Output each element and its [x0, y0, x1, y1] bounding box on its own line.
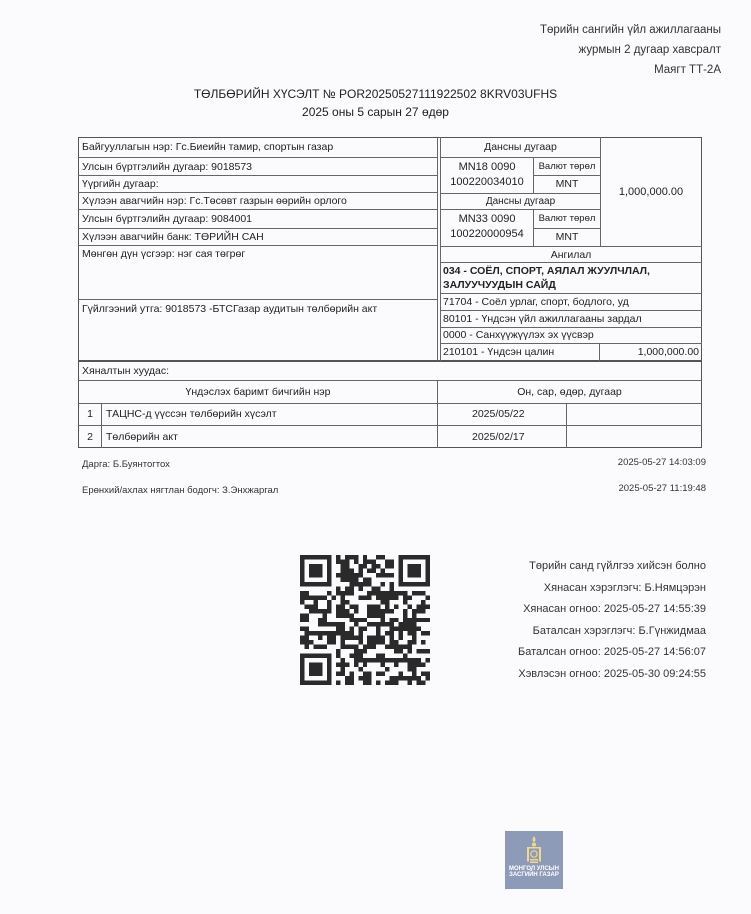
column-document-name: Үндэслэх баримт бичгийн нэр [79, 385, 437, 400]
head-signature-time: 2025-05-27 14:03:09 [618, 457, 706, 468]
title-date: 2025 оны 5 сарын 27 өдөр [0, 103, 751, 121]
control-sheet-label: Хяналтын хуудас: [82, 364, 169, 379]
payee-name: Хүлээн авагчийн нэр: Гс.Төсөвт газрын өө… [82, 194, 347, 209]
accountant-signature-time: 2025-05-27 11:19:48 [618, 483, 706, 494]
payer-role-no: Үүргийн дугаар: [82, 177, 159, 192]
payer-reg-no: Улсын бүртгэлийн дугаар: 9018573 [82, 160, 252, 175]
printed-date: Хэвлэсэн огноо: 2025-05-30 09:24:55 [518, 664, 706, 686]
reviewed-date: Хянасан огноо: 2025-05-27 14:55:39 [518, 599, 706, 621]
form-reference-line: журмын 2 дугаар хавсралт [540, 40, 721, 60]
qr-code [300, 555, 430, 685]
classification-ministry: 034 - СОЁЛ, СПОРТ, АЯЛАЛ ЖУУЛЧЛАЛ, ЗАЛУУ… [443, 264, 650, 292]
reviewer: Хянасан хэрэглэгч: Б.Нямцэрэн [518, 578, 706, 600]
approved-date: Баталсан огноо: 2025-05-27 14:56:07 [518, 642, 706, 664]
row-number: 2 [79, 430, 101, 445]
classification-source: 0000 - Санхүүжүүлэх эх үүсвэр [443, 328, 594, 343]
payer-account-number: MN18 0090 100220034010 [441, 160, 533, 190]
document-title: ТӨЛБӨРИЙН ХҮСЭЛТ № POR20250527111922502 … [0, 85, 751, 121]
row-document-name: ТАЦНС-д үүссэн төлбөрийн хүсэлт [106, 407, 277, 422]
classification-program: 71704 - Соёл урлаг, спорт, бодлого, уд [443, 295, 629, 310]
form-reference-line: Төрийн сангийн үйл ажиллагааны [540, 20, 721, 40]
form-reference-line: Маягт ТТ-2А [540, 60, 721, 80]
row-date: 2025/05/22 [472, 407, 525, 422]
approver: Баталсан хэрэглэгч: Б.Гүнжидмаа [518, 621, 706, 643]
classification-item-amount: 1,000,000.00 [600, 345, 699, 360]
payee-bank: Хүлээн авагчийн банк: ТӨРИЙН САН [82, 230, 264, 245]
payee-currency-label: Валют төрөл [534, 211, 600, 226]
payee-account-number: MN33 0090 100220000954 [441, 212, 533, 242]
payer-currency: MNT [534, 177, 600, 192]
payer-currency-label: Валют төрөл [534, 159, 600, 174]
amount-in-words: Мөнгөн дүн үсгээр: нэг сая төгрөг [82, 247, 245, 262]
column-date-number: Он, сар, өдөр, дугаар [438, 385, 701, 400]
row-document-name: Төлбөрийн акт [106, 430, 178, 445]
transaction-purpose: Гүйлгээний утга: 9018573 -БТСГазар аудит… [82, 302, 377, 317]
classification-expense: 80101 - Үндсэн үйл ажиллагааны зардал [443, 312, 642, 327]
government-emblem: МОНГОЛ УЛСЫН ЗАСГИЙН ГАЗАР [505, 831, 563, 889]
treasury-confirmation: Төрийн санд гүйлгээ хийсэн болно Хянасан… [518, 556, 706, 685]
row-number: 1 [79, 407, 101, 422]
payer-org-name: Байгууллагын нэр: Гс.Биеийн тамир, спорт… [82, 140, 333, 155]
payee-reg-no: Улсын бүртгэлийн дугаар: 9084001 [82, 212, 252, 227]
emblem-line: ЗАСГИЙН ГАЗАР [505, 872, 563, 878]
head-signature: Дарга: Б.Буянтогтох [82, 459, 170, 470]
row-date: 2025/02/17 [472, 430, 525, 445]
payer-account-label: Дансны дугаар [441, 140, 600, 155]
treasury-line: Төрийн санд гүйлгээ хийсэн болно [518, 556, 706, 578]
payee-account-label: Дансны дугаар [441, 194, 600, 209]
form-reference: Төрийн сангийн үйл ажиллагааны журмын 2 … [540, 20, 721, 80]
payee-currency: MNT [534, 230, 600, 245]
title-main: ТӨЛБӨРИЙН ХҮСЭЛТ № POR20250527111922502 … [0, 85, 751, 103]
classification-label: Ангилал [441, 248, 701, 263]
total-amount: 1,000,000.00 [601, 185, 701, 200]
classification-item: 210101 - Үндсэн цалин [443, 345, 554, 360]
accountant-signature: Ерөнхий/ахлах нягтлан бодогч: З.Энхжарга… [82, 485, 278, 496]
soyombo-icon [524, 835, 544, 865]
